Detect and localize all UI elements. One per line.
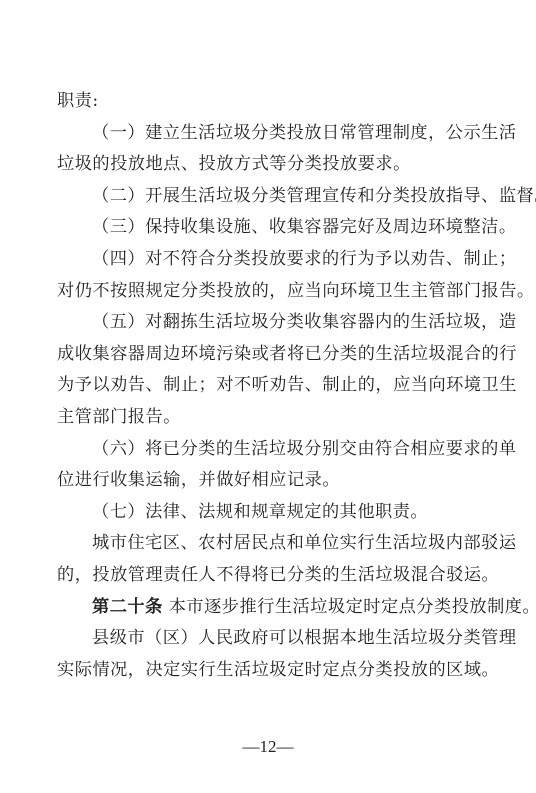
text-line: 对仍不按照规定分类投放的，应当向环境卫生主管部门报告。 [57, 276, 481, 308]
text-line: （七）法律、法规和规章规定的其他职责。 [57, 497, 481, 529]
text-line: （一）建立生活垃圾分类投放日常管理制度，公示生活 [57, 118, 481, 150]
page-number: —12— [0, 737, 536, 757]
text-line: （四）对不符合分类投放要求的行为予以劝告、制止； [57, 244, 481, 276]
text-line: 的，投放管理责任人不得将已分类的生活垃圾混合驳运。 [57, 560, 481, 592]
text-line: 城市住宅区、农村居民点和单位实行生活垃圾内部驳运 [57, 528, 481, 560]
text-line: （三）保持收集设施、收集容器完好及周边环境整洁。 [57, 212, 481, 244]
text-line: （二）开展生活垃圾分类管理宣传和分类投放指导、监督。 [57, 181, 481, 213]
document-body: 职责: （一）建立生活垃圾分类投放日常管理制度，公示生活 垃圾的投放地点、投放方… [57, 86, 481, 686]
document-page: 职责: （一）建立生活垃圾分类投放日常管理制度，公示生活 垃圾的投放地点、投放方… [0, 0, 536, 793]
text-line: 主管部门报告。 [57, 402, 481, 434]
article-line: 第二十条 本市逐步推行生活垃圾定时定点分类投放制度。 [57, 592, 481, 624]
text-line: 垃圾的投放地点、投放方式等分类投放要求。 [57, 149, 481, 181]
text-line: 为予以劝告、制止；对不听劝告、制止的，应当向环境卫生 [57, 370, 481, 402]
text-line: 位进行收集运输，并做好相应记录。 [57, 465, 481, 497]
text-line: 实际情况，决定实行生活垃圾定时定点分类投放的区域。 [57, 655, 481, 687]
text-line: 成收集容器周边环境污染或者将已分类的生活垃圾混合的行 [57, 339, 481, 371]
text-line: （五）对翻拣生活垃圾分类收集容器内的生活垃圾，造 [57, 307, 481, 339]
text-line: （六）将已分类的生活垃圾分别交由符合相应要求的单 [57, 434, 481, 466]
text-line: 县级市（区）人民政府可以根据本地生活垃圾分类管理 [57, 623, 481, 655]
article-text: 本市逐步推行生活垃圾定时定点分类投放制度。 [163, 597, 536, 617]
article-heading: 第二十条 [92, 597, 163, 617]
text-line: 职责: [57, 86, 481, 118]
